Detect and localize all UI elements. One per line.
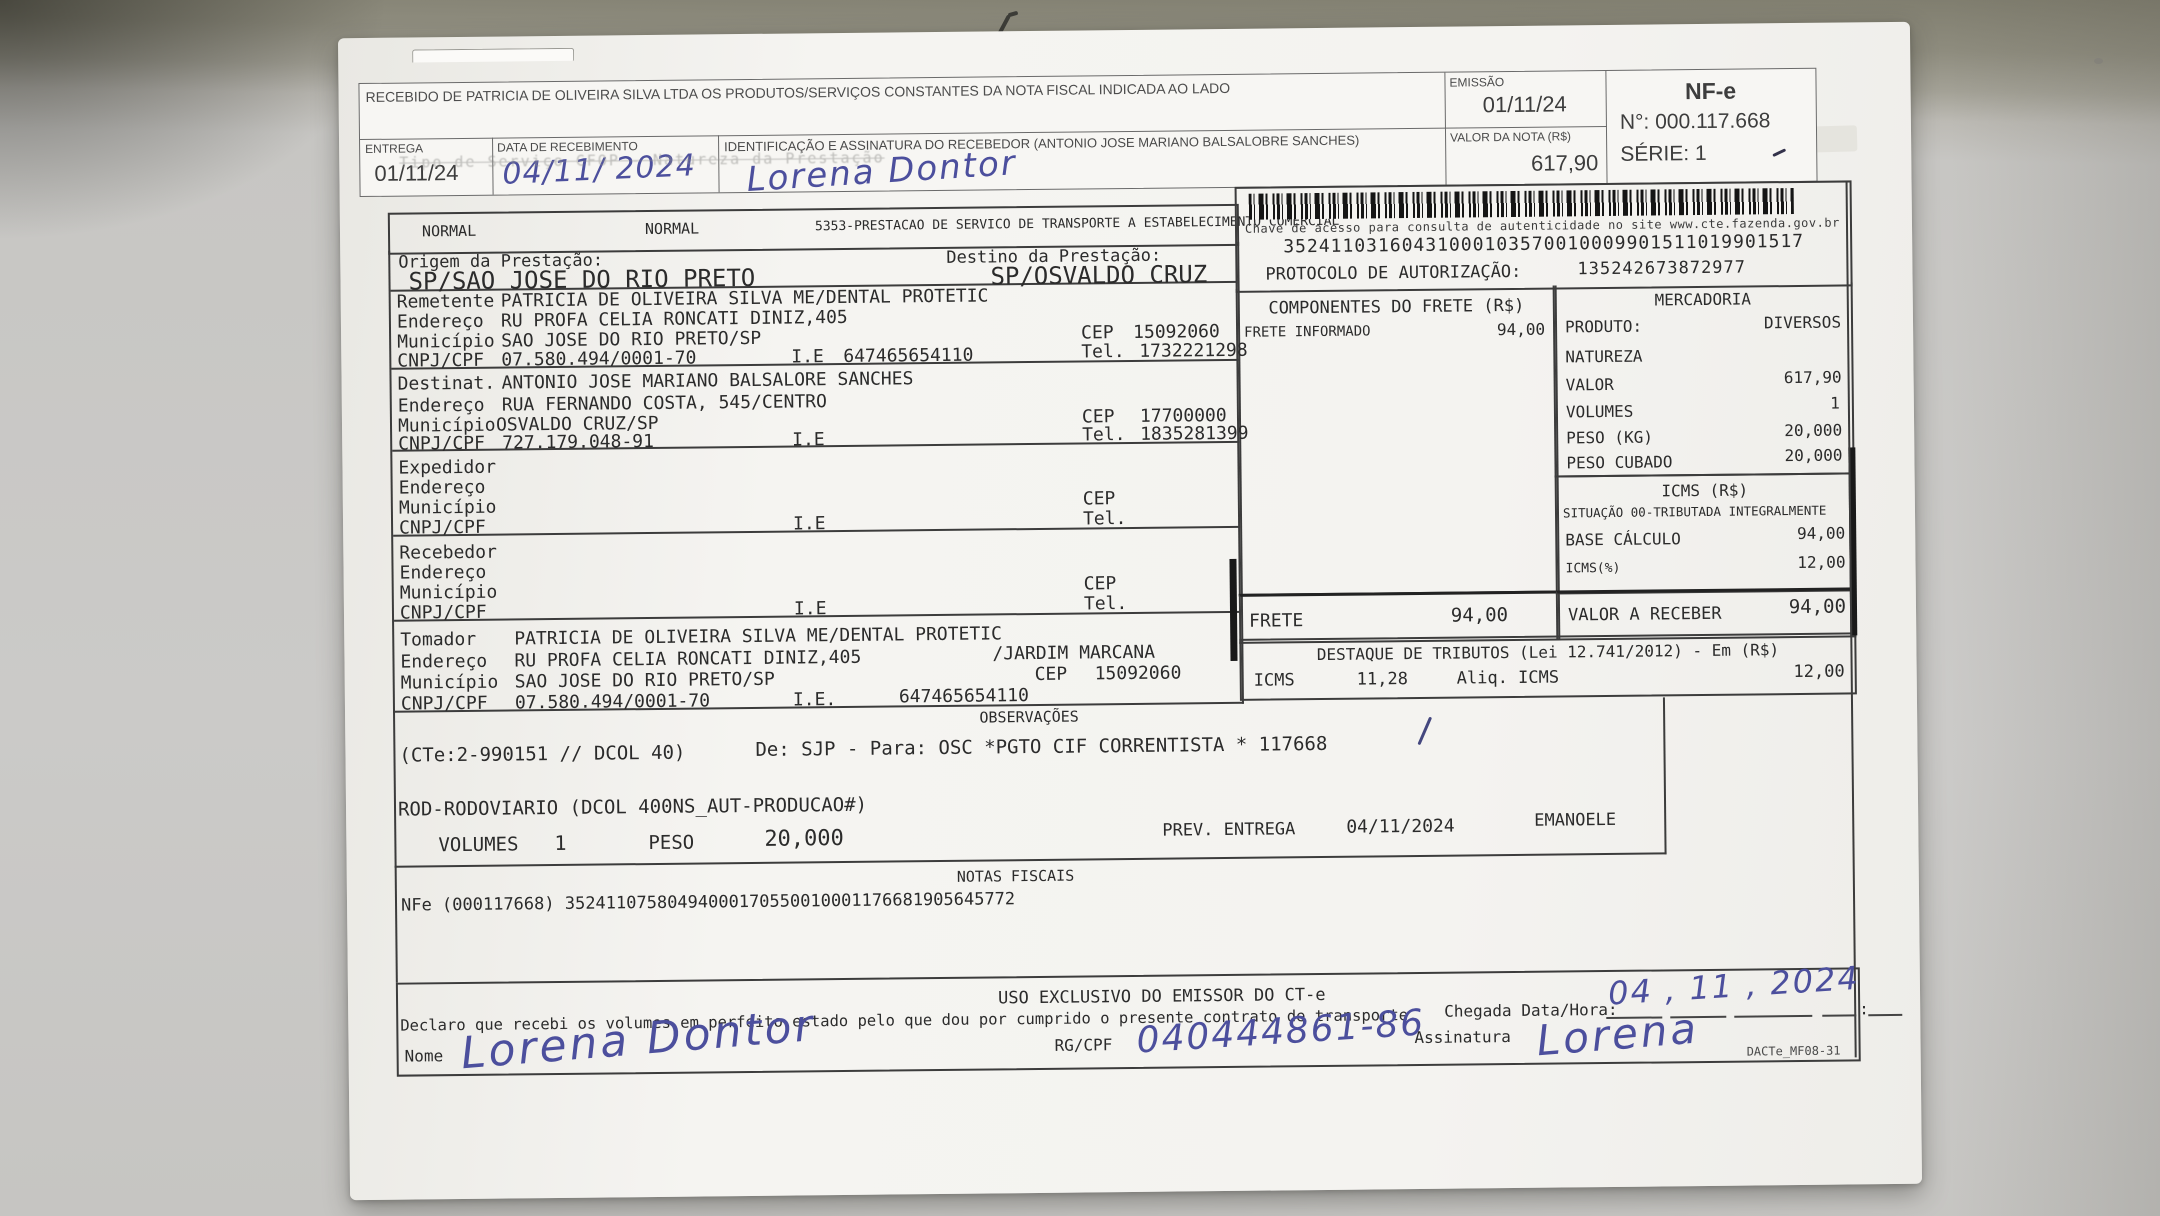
obs-linha1b: De: SJP - Para: OSC *PGTO CIF CORRENTIST… bbox=[755, 733, 1327, 761]
destaque-title: DESTAQUE DE TRIBUTOS (Lei 12.741/2012) -… bbox=[1241, 639, 1854, 664]
rg-cpf-label: RG/CPF bbox=[1054, 1035, 1112, 1055]
uso-exclusivo-box: USO EXCLUSIVO DO EMISSOR DO CT-e Declaro… bbox=[396, 967, 1861, 1076]
municipio-label: Município bbox=[401, 672, 499, 694]
cep-label: CEP bbox=[1084, 573, 1117, 594]
paper-layer-edge bbox=[412, 48, 574, 63]
party-block-tomador: Tomador PATRICIA DE OLIVEIRA SILVA ME/DE… bbox=[394, 611, 1242, 711]
peso-cubado-value: 20,000 bbox=[1785, 446, 1843, 466]
volumes-value: 1 bbox=[1830, 394, 1840, 413]
party-role: Recebedor bbox=[399, 542, 497, 564]
obs-linha1a: (CTe:2-990151 // DCOL 40) bbox=[399, 742, 685, 767]
prev-entrega-value: 04/11/2024 bbox=[1346, 816, 1455, 838]
tipo-cte: NORMAL bbox=[422, 222, 476, 241]
party-bairro: /JARDIM MARCANA bbox=[992, 642, 1155, 665]
cep-label: CEP bbox=[1035, 664, 1068, 685]
componentes-title: COMPONENTES DO FRETE (R$) bbox=[1238, 296, 1555, 319]
peso-cubado-label: PESO CUBADO bbox=[1566, 452, 1672, 472]
endereco-label: Endereço bbox=[398, 395, 485, 417]
icms-box: ICMS (R$) SITUAÇÃO 00-TRIBUTADA INTEGRAL… bbox=[1555, 472, 1856, 594]
frete-informado-label: FRETE INFORMADO bbox=[1244, 323, 1371, 340]
emissao-label: EMISSÃO bbox=[1449, 75, 1504, 90]
valor-nota-label: VALOR DA NOTA (R$) bbox=[1450, 129, 1571, 144]
modelo-codigo: DACTe_MF08-31 bbox=[1747, 1044, 1841, 1059]
valor-receber-value: 94,00 bbox=[1789, 596, 1846, 619]
mercadoria-box: MERCADORIA PRODUTO: DIVERSOS NATUREZA VA… bbox=[1553, 282, 1855, 477]
destaque-icms-value: 11,28 bbox=[1357, 669, 1408, 690]
border-artifact bbox=[1229, 559, 1237, 661]
blank-line-hora bbox=[1822, 1013, 1856, 1016]
endereco-label: Endereço bbox=[397, 311, 484, 333]
destaque-aliq-value: 12,00 bbox=[1793, 662, 1844, 683]
base-calculo-value: 94,00 bbox=[1797, 524, 1845, 544]
party-endereco: RUA FERNANDO COSTA, 545/CENTRO bbox=[502, 391, 827, 415]
party-role: Remetente bbox=[397, 291, 495, 313]
notas-fiscais-section: NOTAS FISCAIS NFe (000117668) 3524110758… bbox=[395, 852, 1666, 982]
canhoto-valor-nota-cell: VALOR DA NOTA (R$) 617,90 bbox=[1445, 126, 1608, 185]
produto-label: PRODUTO: bbox=[1565, 317, 1642, 337]
icms-aliquota-value: 12,00 bbox=[1797, 553, 1845, 573]
peso-total-label: PESO bbox=[648, 832, 694, 854]
party-name: ANTONIO JOSE MARIANO BALSALORE SANCHES bbox=[501, 368, 913, 393]
icms-aliquota-label: ICMS(%) bbox=[1566, 561, 1621, 577]
chave-acesso-box: Chave de acesso para consulta de autenti… bbox=[1235, 180, 1853, 292]
party-endereco: RU PROFA CELIA RONCATI DINIZ,405 bbox=[514, 647, 861, 672]
canhoto-emissao-cell: EMISSÃO 01/11/24 bbox=[1444, 71, 1607, 129]
canhoto-strip: RECEBIDO DE PATRICIA DE OLIVEIRA SILVA L… bbox=[358, 68, 1817, 197]
volumes-label: VOLUMES bbox=[1566, 402, 1634, 422]
volumes-qty-label: VOLUMES bbox=[438, 833, 518, 856]
party-municipio: SAO JOSE DO RIO PRETO/SP bbox=[515, 669, 775, 693]
icms-title: ICMS (R$) bbox=[1557, 479, 1853, 501]
blank-line bbox=[1734, 1014, 1812, 1018]
mercadoria-title: MERCADORIA bbox=[1555, 288, 1851, 310]
obs-linha2: ROD-RODOVIARIO (DCOL 400NS_AUT-PRODUCAO#… bbox=[398, 794, 867, 821]
natureza-label: NATUREZA bbox=[1565, 347, 1642, 367]
prev-entrega-label: PREV. ENTREGA bbox=[1162, 819, 1295, 840]
canhoto-recebido-text: RECEBIDO DE PATRICIA DE OLIVEIRA SILVA L… bbox=[365, 78, 1435, 105]
desk-pen-mark-tip bbox=[1008, 11, 1019, 17]
endereco-label: Endereço bbox=[399, 477, 486, 499]
destaque-tributos-box: DESTAQUE DE TRIBUTOS (Lei 12.741/2012) -… bbox=[1239, 632, 1857, 700]
party-role: Tomador bbox=[400, 629, 476, 651]
tipo-servico: NORMAL bbox=[645, 219, 699, 238]
photo-of-document: RECEBIDO DE PATRICIA DE OLIVEIRA SILVA L… bbox=[0, 0, 2160, 1216]
valor-label: VALOR bbox=[1566, 375, 1614, 395]
notas-title: NOTAS FISCAIS bbox=[957, 867, 1075, 886]
destaque-aliq-label: Aliq. ICMS bbox=[1457, 668, 1560, 689]
barcode bbox=[1249, 188, 1794, 220]
party-block-expedidor: Expedidor Endereço Município CEP CNPJ/CP… bbox=[392, 441, 1240, 537]
municipio-label: Município bbox=[399, 497, 497, 519]
party-role: Expedidor bbox=[398, 457, 496, 479]
peso-value: 20,000 bbox=[1784, 421, 1842, 441]
party-block-remetente: Remetente PATRICIA DE OLIVEIRA SILVA ME/… bbox=[391, 281, 1239, 370]
party-name: PATRICIA DE OLIVEIRA SILVA ME/DENTAL PRO… bbox=[514, 623, 1002, 649]
cep-label: CEP bbox=[1083, 488, 1116, 509]
valor-value: 617,90 bbox=[1784, 368, 1842, 388]
desk-speck bbox=[2094, 58, 2103, 64]
blank-line-hora bbox=[1868, 1013, 1902, 1016]
document-paper: RECEBIDO DE PATRICIA DE OLIVEIRA SILVA L… bbox=[338, 22, 1922, 1200]
valor-nota-value: 617,90 bbox=[1531, 150, 1599, 177]
endereco-label: Endereço bbox=[399, 562, 486, 584]
protocolo-label: PROTOCOLO DE AUTORIZAÇÃO: bbox=[1265, 262, 1521, 285]
peso-label: PESO (KG) bbox=[1566, 428, 1653, 448]
uso-exclusivo-title: USO EXCLUSIVO DO EMISSOR DO CT-e bbox=[998, 985, 1326, 1008]
conferente-value: EMANOELE bbox=[1534, 810, 1616, 831]
party-role: Destinat. bbox=[397, 373, 495, 395]
protocolo-value: 135242673872977 bbox=[1577, 258, 1746, 280]
parties-column: Origem da Prestação: SP/SAO JOSE DO RIO … bbox=[388, 242, 1244, 713]
frete-label: FRETE bbox=[1249, 610, 1303, 632]
party-cep: 15092060 bbox=[1095, 662, 1182, 684]
observacoes-box: OBSERVAÇÕES (CTe:2-990151 // DCOL 40) De… bbox=[393, 697, 1667, 867]
nome-handwritten: Lorena Dontor bbox=[459, 1000, 817, 1079]
valor-receber-label: VALOR A RECEBER bbox=[1568, 604, 1722, 626]
nome-label: Nome bbox=[405, 1046, 444, 1065]
peso-total-value: 20,000 bbox=[764, 826, 844, 852]
frete-total-value: 94,00 bbox=[1451, 604, 1508, 627]
emissao-value: 01/11/24 bbox=[1483, 91, 1567, 118]
nfe-title: NF-e bbox=[1605, 77, 1815, 106]
party-block-destinatario: Destinat. ANTONIO JOSE MARIANO BALSALORE… bbox=[391, 359, 1239, 452]
endereco-label: Endereço bbox=[400, 651, 487, 673]
pen-mark bbox=[1772, 148, 1786, 157]
base-calculo-label: BASE CÁLCULO bbox=[1565, 529, 1681, 549]
party-block-recebedor: Recebedor Endereço Município CEP CNPJ/CP… bbox=[393, 526, 1241, 622]
destaque-icms-label: ICMS bbox=[1254, 670, 1295, 690]
frete-informado-value: 94,00 bbox=[1497, 320, 1545, 340]
componentes-frete-box: COMPONENTES DO FRETE (R$) FRETE INFORMAD… bbox=[1236, 286, 1560, 596]
nfe-key-line: NFe (000117668) 352411075804940001705500… bbox=[401, 889, 1015, 915]
municipio-label: Município bbox=[400, 582, 498, 604]
produto-value: DIVERSOS bbox=[1764, 313, 1841, 333]
nfe-serie: SÉRIE: 1 bbox=[1620, 142, 1707, 167]
volumes-qty-value: 1 bbox=[554, 831, 566, 855]
assinatura-label: Assinatura bbox=[1414, 1027, 1511, 1047]
icms-situacao: SITUAÇÃO 00-TRIBUTADA INTEGRALMENTE bbox=[1563, 503, 1827, 521]
nfe-numero: N°: 000.117.668 bbox=[1620, 109, 1771, 135]
canhoto-nfe-cell: NF-e N°: 000.117.668 SÉRIE: 1 bbox=[1605, 69, 1816, 183]
